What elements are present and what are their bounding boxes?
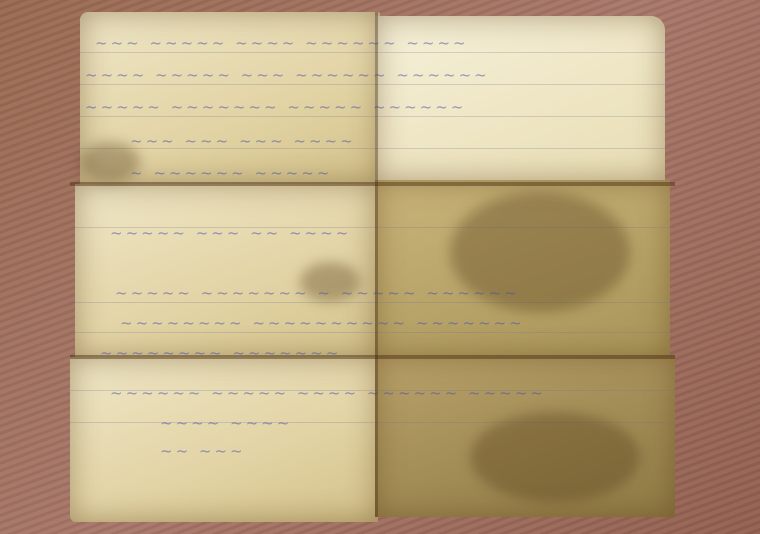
handwriting-line: ~~~~~ ~~~~~~~ ~ ~~~~~ ~~~~~~ xyxy=(115,284,520,302)
horizontal-fold xyxy=(70,182,675,186)
old-letter: ~~~ ~~~~~ ~~~~ ~~~~~~ ~~~~ ~~~~ ~~~~~ ~~… xyxy=(70,12,675,524)
handwriting-line: ~~~~~~ ~~~~~ ~~~~ ~~~~~~ ~~~~~ xyxy=(110,384,546,402)
handwriting-line: ~~~~~~~~ ~~~~~~~~~~ ~~~~~~~ xyxy=(120,314,525,332)
handwriting-line: ~~~~~~~~ ~~~~~~~ xyxy=(100,344,341,362)
handwriting-line: ~~~~ ~~~~~ ~~~ ~~~~~~ ~~~~~~ xyxy=(85,66,490,84)
handwriting-line: ~~~ ~~~ ~~~ ~~~~ xyxy=(130,132,356,150)
handwriting-line: ~ ~~~~~~ ~~~~~ xyxy=(130,164,332,182)
vertical-fold xyxy=(375,12,378,517)
handwriting-line: ~~~~~ ~~~~~~~ ~~~~~ ~~~~~~ xyxy=(85,98,466,116)
ruled-line xyxy=(70,52,675,53)
letter-panel-bottom-left xyxy=(70,357,378,522)
horizontal-fold xyxy=(70,355,675,359)
stain xyxy=(470,412,640,502)
handwriting-line: ~~~~~ ~~~ ~~ ~~~~ xyxy=(110,224,351,242)
handwriting-line: ~~~~ ~~~~ xyxy=(160,414,292,432)
ruled-line xyxy=(70,332,675,333)
ruled-line xyxy=(70,84,675,85)
handwriting-line: ~~ ~~~ xyxy=(160,442,246,460)
handwriting-line: ~~~ ~~~~~ ~~~~ ~~~~~~ ~~~~ xyxy=(95,34,469,52)
ruled-line xyxy=(70,116,675,117)
